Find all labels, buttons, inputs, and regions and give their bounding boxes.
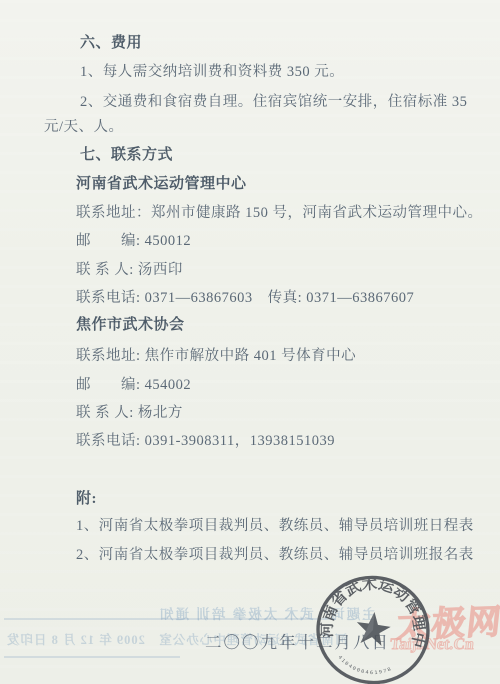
org2-zip-code: 邮 编: 454002 (76, 373, 191, 394)
org1-address: 联系地址：郑州市健康路 150 号，河南省武术运动管理中心。 (76, 201, 483, 222)
attachments-heading: 附: (76, 487, 97, 508)
svg-text:河南省武术运动管理中心: 河南省武术运动管理中心 (311, 574, 435, 652)
bleed-through-rule-bottom (4, 656, 180, 658)
fee-section-heading: 六、费用 (80, 31, 142, 52)
attachment-item-2: 2、河南省太极拳项目裁判员、教练员、辅导员培训班报名表 (76, 543, 474, 564)
official-seal-stamp: 河南省武术运动管理中心 4104000461978 (311, 574, 435, 684)
org1-phone-fax: 联系电话: 0371—63867603 传真: 0371—63867607 (76, 286, 414, 307)
scanned-document-page: 六、费用 1、每人需交纳培训费和资料费 350 元。 2、交通费和食宿费自理。住… (0, 0, 500, 684)
org2-name: 焦作市武术协会 (76, 313, 185, 334)
fee-item-2-continuation: 元/天、人。 (44, 115, 124, 136)
stamp-arc-text: 河南省武术运动管理中心 (311, 574, 435, 652)
org1-name: 河南省武术运动管理中心 (76, 172, 247, 193)
fee-item-1: 1、每人需交纳培训费和资料费 350 元。 (80, 60, 344, 81)
org1-contact-person: 联 系 人: 汤西印 (76, 258, 183, 279)
org2-contact-person: 联 系 人: 杨北方 (76, 401, 183, 422)
org2-phone: 联系电话: 0391-3908311，13938151039 (76, 429, 335, 450)
org1-zip-code: 邮 编: 450012 (76, 229, 191, 250)
org2-address: 联系地址: 焦作市解放中路 401 号体育中心 (76, 344, 356, 365)
attachment-item-1: 1、河南省太极拳项目裁判员、教练员、辅导员培训班日程表 (76, 514, 474, 535)
fee-item-2: 2、交通费和食宿费自理。住宿宾馆统一安排，住宿标准 35 (80, 90, 467, 111)
contact-section-heading: 七、联系方式 (80, 143, 173, 164)
